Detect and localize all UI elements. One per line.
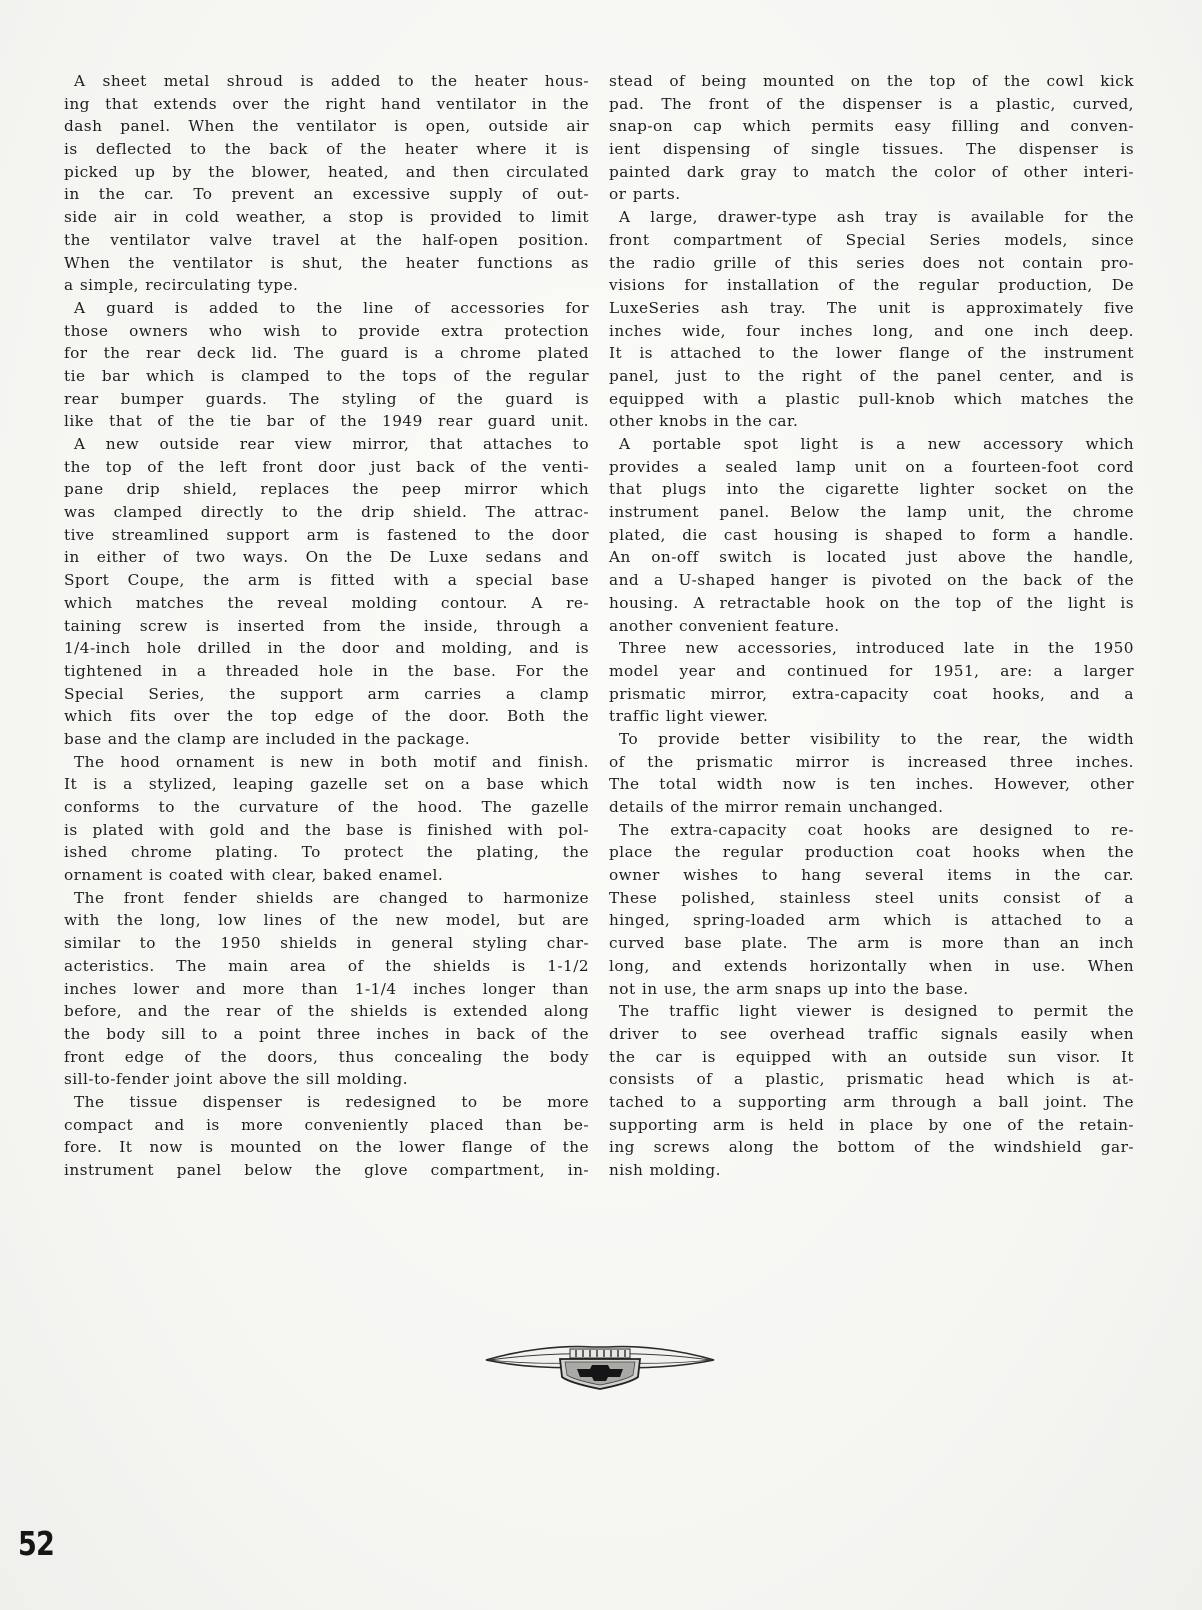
text-line: is deflected to the back of the heater w… — [64, 138, 589, 161]
text-line: A large, drawer-type ash tray is availab… — [609, 206, 1134, 229]
text-line: instrument panel. Below the lamp unit, t… — [609, 501, 1134, 524]
text-line: The traffic light viewer is designed to … — [609, 1000, 1134, 1023]
text-line: consists of a plastic, prismatic head wh… — [609, 1068, 1134, 1091]
text-line: 1/4-inch hole drilled in the door and mo… — [64, 637, 589, 660]
text-line: place the regular production coat hooks … — [609, 841, 1134, 864]
text-line: pane drip shield, replaces the peep mirr… — [64, 478, 589, 501]
text-line: dash panel. When the ventilator is open,… — [64, 115, 589, 138]
text-line: provides a sealed lamp unit on a fourtee… — [609, 456, 1134, 479]
text-line: base and the clamp are included in the p… — [64, 728, 589, 751]
text-line: with the long, low lines of the new mode… — [64, 909, 589, 932]
text-line: LuxeSeries ash tray. The unit is approxi… — [609, 297, 1134, 320]
text-line: Sport Coupe, the arm is fitted with a sp… — [64, 569, 589, 592]
text-line: tive streamlined support arm is fastened… — [64, 524, 589, 547]
text-line: details of the mirror remain unchanged. — [609, 796, 1134, 819]
text-line: visions for installation of the regular … — [609, 274, 1134, 297]
text-line: snap-on cap which permits easy filling a… — [609, 115, 1134, 138]
paragraph-ash-tray: A large, drawer-type ash tray is availab… — [609, 206, 1134, 433]
text-line: another convenient feature. — [609, 615, 1134, 638]
text-line: panel, just to the right of the panel ce… — [609, 365, 1134, 388]
text-line: It is a stylized, leaping gazelle set on… — [64, 773, 589, 796]
paragraph-tissue-dispenser: The tissue dispenser is redesigned to be… — [64, 1091, 589, 1182]
text-line: which matches the reveal molding contour… — [64, 592, 589, 615]
text-line: ient dispensing of single tissues. The d… — [609, 138, 1134, 161]
text-line: sill-to-fender joint above the sill mold… — [64, 1068, 589, 1091]
right-text-column: stead of being mounted on the top of the… — [609, 70, 1134, 1182]
text-line: supporting arm is held in place by one o… — [609, 1114, 1134, 1137]
paragraph-tissue-dispenser-continued: stead of being mounted on the top of the… — [609, 70, 1134, 206]
text-line: conforms to the curvature of the hood. T… — [64, 796, 589, 819]
text-line: side air in cold weather, a stop is prov… — [64, 206, 589, 229]
text-line: The hood ornament is new in both motif a… — [64, 751, 589, 774]
text-line: An on-off switch is located just above t… — [609, 546, 1134, 569]
text-line: model year and continued for 1951, are: … — [609, 660, 1134, 683]
text-line: of the prismatic mirror is increased thr… — [609, 751, 1134, 774]
text-line: taining screw is inserted from the insid… — [64, 615, 589, 638]
text-line: The tissue dispenser is redesigned to be… — [64, 1091, 589, 1114]
text-line: and a U-shaped hanger is pivoted on the … — [609, 569, 1134, 592]
text-line: like that of the tie bar of the 1949 rea… — [64, 410, 589, 433]
text-line: instrument panel below the glove compart… — [64, 1159, 589, 1182]
text-line: fore. It now is mounted on the lower fla… — [64, 1136, 589, 1159]
text-line: hinged, spring-loaded arm which is attac… — [609, 909, 1134, 932]
text-line: tached to a supporting arm through a bal… — [609, 1091, 1134, 1114]
text-line: is plated with gold and the base is fini… — [64, 819, 589, 842]
text-line: ornament is coated with clear, baked ena… — [64, 864, 589, 887]
text-line: owner wishes to hang several items in th… — [609, 864, 1134, 887]
text-line: front compartment of Special Series mode… — [609, 229, 1134, 252]
paragraph-heater-shroud: A sheet metal shroud is added to the hea… — [64, 70, 589, 297]
text-line: A guard is added to the line of accessor… — [64, 297, 589, 320]
text-line: curved base plate. The arm is more than … — [609, 932, 1134, 955]
paragraph-coat-hooks: The extra-capacity coat hooks are design… — [609, 819, 1134, 1001]
text-line: Three new accessories, introduced late i… — [609, 637, 1134, 660]
text-line: acteristics. The main area of the shield… — [64, 955, 589, 978]
text-line: the car is equipped with an outside sun … — [609, 1046, 1134, 1069]
paragraph-prismatic-mirror: To provide better visibility to the rear… — [609, 728, 1134, 819]
text-line: painted dark gray to match the color of … — [609, 161, 1134, 184]
text-line: ing that extends over the right hand ven… — [64, 93, 589, 116]
chevrolet-emblem-icon — [480, 1333, 720, 1393]
text-line: not in use, the arm snaps up into the ba… — [609, 978, 1134, 1001]
paragraph-deck-lid-guard: A guard is added to the line of accessor… — [64, 297, 589, 433]
page-number: 52 — [18, 1524, 54, 1563]
text-line: A sheet metal shroud is added to the hea… — [64, 70, 589, 93]
text-line: The extra-capacity coat hooks are design… — [609, 819, 1134, 842]
text-line: When the ventilator is shut, the heater … — [64, 252, 589, 275]
text-line: equipped with a plastic pull-knob which … — [609, 388, 1134, 411]
text-line: tie bar which is clamped to the tops of … — [64, 365, 589, 388]
text-line: plated, die cast housing is shaped to fo… — [609, 524, 1134, 547]
text-line: pad. The front of the dispenser is a pla… — [609, 93, 1134, 116]
document-page: A sheet metal shroud is added to the hea… — [0, 0, 1202, 1610]
text-line: traffic light viewer. — [609, 705, 1134, 728]
text-line: rear bumper guards. The styling of the g… — [64, 388, 589, 411]
paragraph-fender-shields: The front fender shields are changed to … — [64, 887, 589, 1091]
text-line: stead of being mounted on the top of the… — [609, 70, 1134, 93]
text-line: which fits over the top edge of the door… — [64, 705, 589, 728]
text-line: A portable spot light is a new accessory… — [609, 433, 1134, 456]
text-line: housing. A retractable hook on the top o… — [609, 592, 1134, 615]
text-line: that plugs into the cigarette lighter so… — [609, 478, 1134, 501]
text-line: A new outside rear view mirror, that att… — [64, 433, 589, 456]
text-line: ished chrome plating. To protect the pla… — [64, 841, 589, 864]
text-line: front edge of the doors, thus concealing… — [64, 1046, 589, 1069]
text-line: or parts. — [609, 183, 1134, 206]
left-text-column: A sheet metal shroud is added to the hea… — [64, 70, 589, 1182]
text-line: tightened in a threaded hole in the base… — [64, 660, 589, 683]
text-line: those owners who wish to provide extra p… — [64, 320, 589, 343]
paragraph-three-new-accessories: Three new accessories, introduced late i… — [609, 637, 1134, 728]
text-line: other knobs in the car. — [609, 410, 1134, 433]
text-line: similar to the 1950 shields in general s… — [64, 932, 589, 955]
paragraph-traffic-light-viewer: The traffic light viewer is designed to … — [609, 1000, 1134, 1182]
text-line: a simple, recirculating type. — [64, 274, 589, 297]
text-line: inches lower and more than 1-1/4 inches … — [64, 978, 589, 1001]
text-line: the body sill to a point three inches in… — [64, 1023, 589, 1046]
text-line: long, and extends horizontally when in u… — [609, 955, 1134, 978]
paragraph-rear-view-mirror: A new outside rear view mirror, that att… — [64, 433, 589, 751]
text-line: nish molding. — [609, 1159, 1134, 1182]
text-line: inches wide, four inches long, and one i… — [609, 320, 1134, 343]
text-line: It is attached to the lower flange of th… — [609, 342, 1134, 365]
text-line: the ventilator valve travel at the half-… — [64, 229, 589, 252]
text-line: ing screws along the bottom of the winds… — [609, 1136, 1134, 1159]
text-line: in either of two ways. On the De Luxe se… — [64, 546, 589, 569]
text-line: picked up by the blower, heated, and the… — [64, 161, 589, 184]
text-line: the top of the left front door just back… — [64, 456, 589, 479]
text-line: driver to see overhead traffic signals e… — [609, 1023, 1134, 1046]
text-line: in the car. To prevent an excessive supp… — [64, 183, 589, 206]
text-line: the radio grille of this series does not… — [609, 252, 1134, 275]
paragraph-hood-ornament: The hood ornament is new in both motif a… — [64, 751, 589, 887]
paragraph-spot-light: A portable spot light is a new accessory… — [609, 433, 1134, 637]
text-line: To provide better visibility to the rear… — [609, 728, 1134, 751]
text-line: These polished, stainless steel units co… — [609, 887, 1134, 910]
text-line: The total width now is ten inches. Howev… — [609, 773, 1134, 796]
text-line: The front fender shields are changed to … — [64, 887, 589, 910]
text-line: Special Series, the support arm carries … — [64, 683, 589, 706]
text-line: before, and the rear of the shields is e… — [64, 1000, 589, 1023]
text-line: for the rear deck lid. The guard is a ch… — [64, 342, 589, 365]
text-line: was clamped directly to the drip shield.… — [64, 501, 589, 524]
text-line: prismatic mirror, extra-capacity coat ho… — [609, 683, 1134, 706]
text-line: compact and is more conveniently placed … — [64, 1114, 589, 1137]
